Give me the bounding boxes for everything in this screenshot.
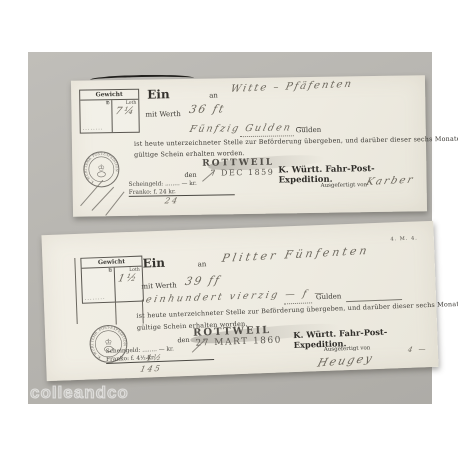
amount-handwriting: Fünfzig Gulden — <box>188 122 309 135</box>
fee-line-franko: Franko: f. 24 kr. <box>129 188 235 197</box>
den-label: den <box>184 171 196 179</box>
weight-table: Gewicht ℔ ........ Loth 1½ <box>80 256 144 304</box>
margin-mark-handwriting: 4 — <box>407 345 428 354</box>
an-label: an <box>209 91 218 99</box>
ein-label: Ein <box>147 87 170 101</box>
photo-background: Gewicht ℔ ........ Loth 7¼ Ein an Witte … <box>28 52 432 404</box>
weight-table: Gewicht ℔ ........ Loth 7¼ <box>79 89 140 134</box>
table-rule-extension <box>74 258 77 324</box>
rottweil-stamp-date: 7 DEC 1859 <box>210 168 274 178</box>
postal-receipt-1860: 4. M. 4. Gewicht ℔ ........ Loth 1½ Ein … <box>41 221 438 381</box>
weight-col-pound: ℔ ........ <box>80 100 113 133</box>
gulden-label: Gulden <box>296 126 322 134</box>
weight-value-handwritten: 7¼ <box>115 106 138 117</box>
clerk-signature: Heugey <box>316 352 375 370</box>
recipient-handwriting: Plitter Fünfenten <box>221 244 371 265</box>
weight-value-handwritten: 1½ <box>117 273 139 285</box>
rottweil-stamp-date: 27 MART 1860 <box>195 335 282 348</box>
weight-col-loth: Loth 7¼ <box>113 100 139 132</box>
table-rule-extension <box>115 301 117 325</box>
weight-table-body: ℔ ........ Loth 1½ <box>82 267 143 303</box>
werth-handwriting: 39 ff <box>184 274 222 288</box>
fee-line-scheingeld: Scheingeld: ........ — kr. <box>129 181 197 188</box>
weight-col-loth: Loth 1½ <box>115 267 143 302</box>
post-office-seal: K. WÜRTTEMB. POST-EXPEDITION ♔ <box>87 322 131 366</box>
fee-total-handwritten: 145 <box>139 364 162 374</box>
post-office-seal: K. WÜRTTEMB. POST-EXPEDITION ♔ <box>81 149 122 190</box>
werth-handwriting: 36 ft <box>188 102 227 116</box>
seal-crown-icon: ♔ <box>104 337 112 347</box>
weight-table-body: ℔ ........ Loth 7¼ <box>80 100 138 133</box>
den-label: den <box>177 336 189 344</box>
ausgefertigt-label: Ausgefertigt von <box>321 182 368 189</box>
printed-paragraph-line1: ist heute unterzeichneter Stelle zur Bef… <box>134 136 458 148</box>
clerk-signature: Karber <box>365 175 416 188</box>
seal-crown-icon: ♔ <box>98 163 105 172</box>
gulden-label: Gulden <box>316 292 342 301</box>
ein-label: Ein <box>142 256 165 271</box>
fee-handwritten: 24 <box>164 196 180 205</box>
dotted-leader <box>284 301 312 304</box>
postal-receipt-1859: Gewicht ℔ ........ Loth 7¼ Ein an Witte … <box>71 75 427 217</box>
form-number: 4. M. 4. <box>390 235 418 242</box>
werth-label: mit Werth <box>145 110 180 119</box>
pencil-scribble <box>105 192 124 216</box>
weight-dots: ........ <box>85 295 106 302</box>
weight-dots: ........ <box>83 125 104 131</box>
fee-handwritten: 4½ <box>145 353 164 363</box>
pound-unit-label: ℔ <box>108 269 112 274</box>
an-label: an <box>197 260 206 268</box>
weight-col-pound: ℔ ........ <box>82 268 117 303</box>
recipient-handwriting: Witte – Pfäfenten <box>230 79 354 95</box>
pound-unit-label: ℔ <box>106 101 110 106</box>
werth-label: mit Werth <box>141 281 177 290</box>
seller-watermark: colleandco <box>30 383 129 403</box>
